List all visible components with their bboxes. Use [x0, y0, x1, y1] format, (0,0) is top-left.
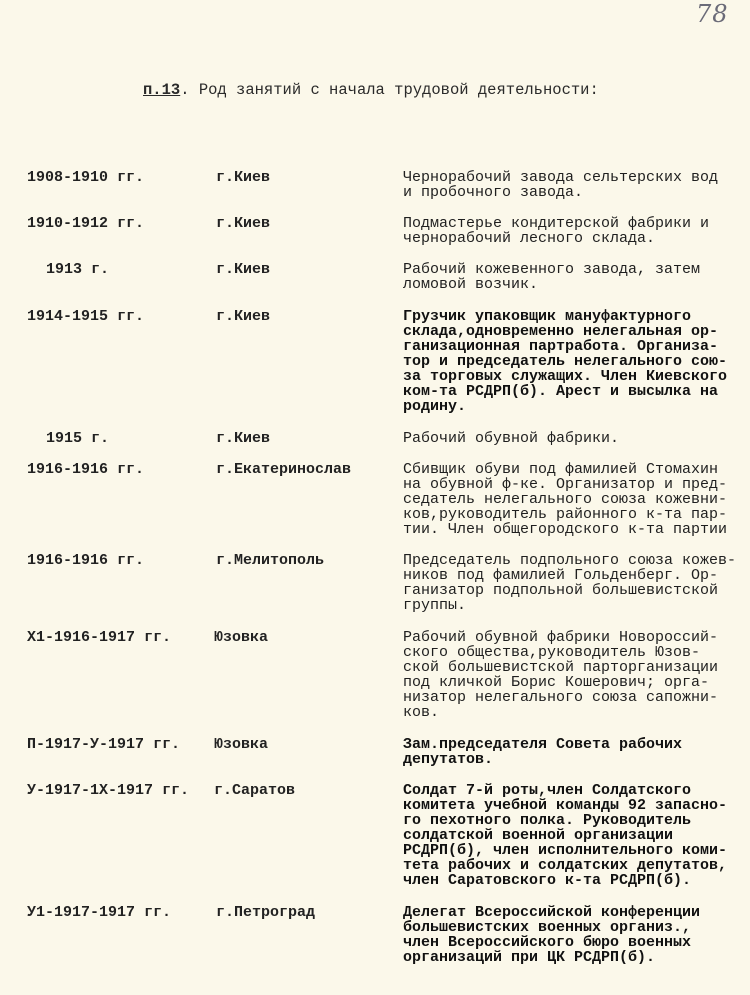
- entry-place: Юзовка: [214, 737, 268, 752]
- entry-description: Подмастерье кондитерской фабрики и черно…: [403, 216, 748, 246]
- entry-period: П-1917-У-1917 гг.: [27, 737, 180, 752]
- page-number: 78: [696, 0, 729, 28]
- entry-period: У1-1917-1917 гг.: [27, 905, 171, 920]
- entry-description: Рабочий обувной фабрики.: [403, 431, 748, 446]
- entry-period: 1908-1910 гг.: [27, 170, 144, 185]
- entry-description: Солдат 7-й роты,член Солдатского комитет…: [403, 783, 748, 888]
- entry-period: 1913 г.: [46, 262, 109, 277]
- section-heading: п.13. Род занятий с начала трудовой деят…: [143, 81, 599, 99]
- entry-place: г.Саратов: [214, 783, 295, 798]
- entry-place: г.Петроград: [216, 905, 315, 920]
- entry-place: г.Киев: [216, 262, 270, 277]
- entry-description: Чернорабочий завода сельтерских вод и пр…: [403, 170, 748, 200]
- entry-place: Юзовка: [214, 630, 268, 645]
- entry-description: Рабочий кожевенного завода, затем ломово…: [403, 262, 748, 292]
- section-number: п.13: [143, 81, 180, 99]
- entry-description: Сбивщик обуви под фамилией Стомахин на о…: [403, 462, 748, 537]
- section-title: . Род занятий с начала трудовой деятельн…: [180, 81, 599, 99]
- entry-description: Председатель подпольного союза кожев- ни…: [403, 553, 748, 613]
- entry-description: Делегат Всероссийской конференции больше…: [403, 905, 748, 965]
- entry-period: 1916-1916 гг.: [27, 462, 144, 477]
- entry-place: г.Екатеринослав: [216, 462, 351, 477]
- entry-period: У-1917-1Х-1917 гг.: [27, 783, 189, 798]
- entry-place: г.Киев: [216, 170, 270, 185]
- entry-period: 1916-1916 гг.: [27, 553, 144, 568]
- entry-place: г.Мелитополь: [216, 553, 324, 568]
- entry-place: г.Киев: [216, 431, 270, 446]
- entry-period: 1914-1915 гг.: [27, 309, 144, 324]
- entry-place: г.Киев: [216, 309, 270, 324]
- entry-period: 1910-1912 гг.: [27, 216, 144, 231]
- entry-description: Зам.председателя Совета рабочих депутато…: [403, 737, 748, 767]
- entry-period: Х1-1916-1917 гг.: [27, 630, 171, 645]
- entry-place: г.Киев: [216, 216, 270, 231]
- entry-description: Грузчик упаковщик мануфактурного склада,…: [403, 309, 748, 414]
- entry-period: 1915 г.: [46, 431, 109, 446]
- entry-description: Рабочий обувной фабрики Новороссий- ског…: [403, 630, 748, 720]
- document-page: 78 п.13. Род занятий с начала трудовой д…: [0, 0, 750, 995]
